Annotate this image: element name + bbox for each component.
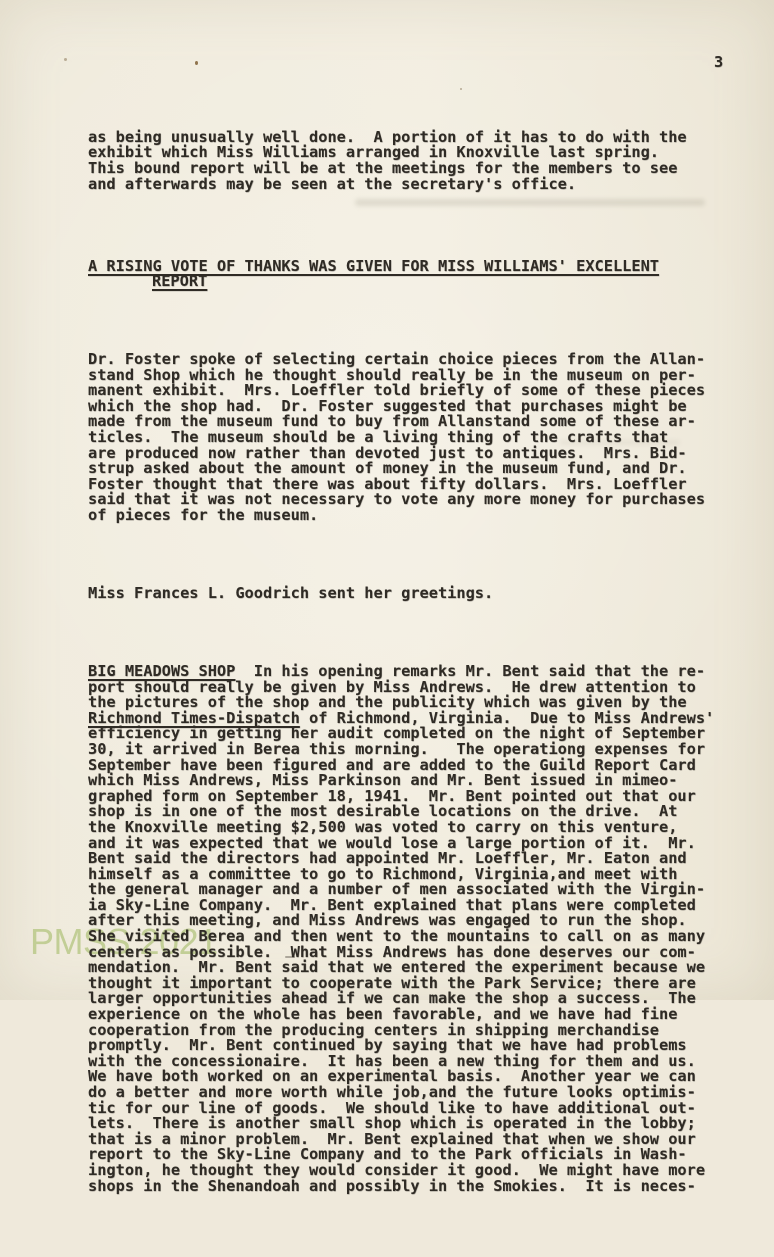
paragraph-goodrich-greetings: Miss Frances L. Goodrich sent her greeti… (88, 586, 753, 602)
document-body: as being unusually well done. A portion … (88, 83, 753, 1000)
page-number: 3 (714, 53, 723, 71)
paragraph-bound-report: as being unusually well done. A portion … (88, 130, 753, 192)
paragraph-museum-pieces: Dr. Foster spoke of selecting certain ch… (88, 352, 753, 524)
paper-speck (195, 61, 198, 65)
heading-text-report: REPORT (152, 272, 207, 290)
paper-speck (64, 58, 67, 61)
big-meadows-text-2: of Richmond, Virginia. Due to Miss Andre… (88, 709, 714, 1000)
section-heading-rising-vote: A RISING VOTE OF THANKS WAS GIVEN FOR MI… (88, 259, 753, 290)
paragraph-big-meadows-shop: BIG MEADOWS SHOP In his opening remarks … (88, 664, 753, 1000)
scanned-document-page: PMSS 2021 3 as being unusually well done… (0, 0, 774, 1000)
heading-line-2: REPORT (88, 274, 753, 290)
